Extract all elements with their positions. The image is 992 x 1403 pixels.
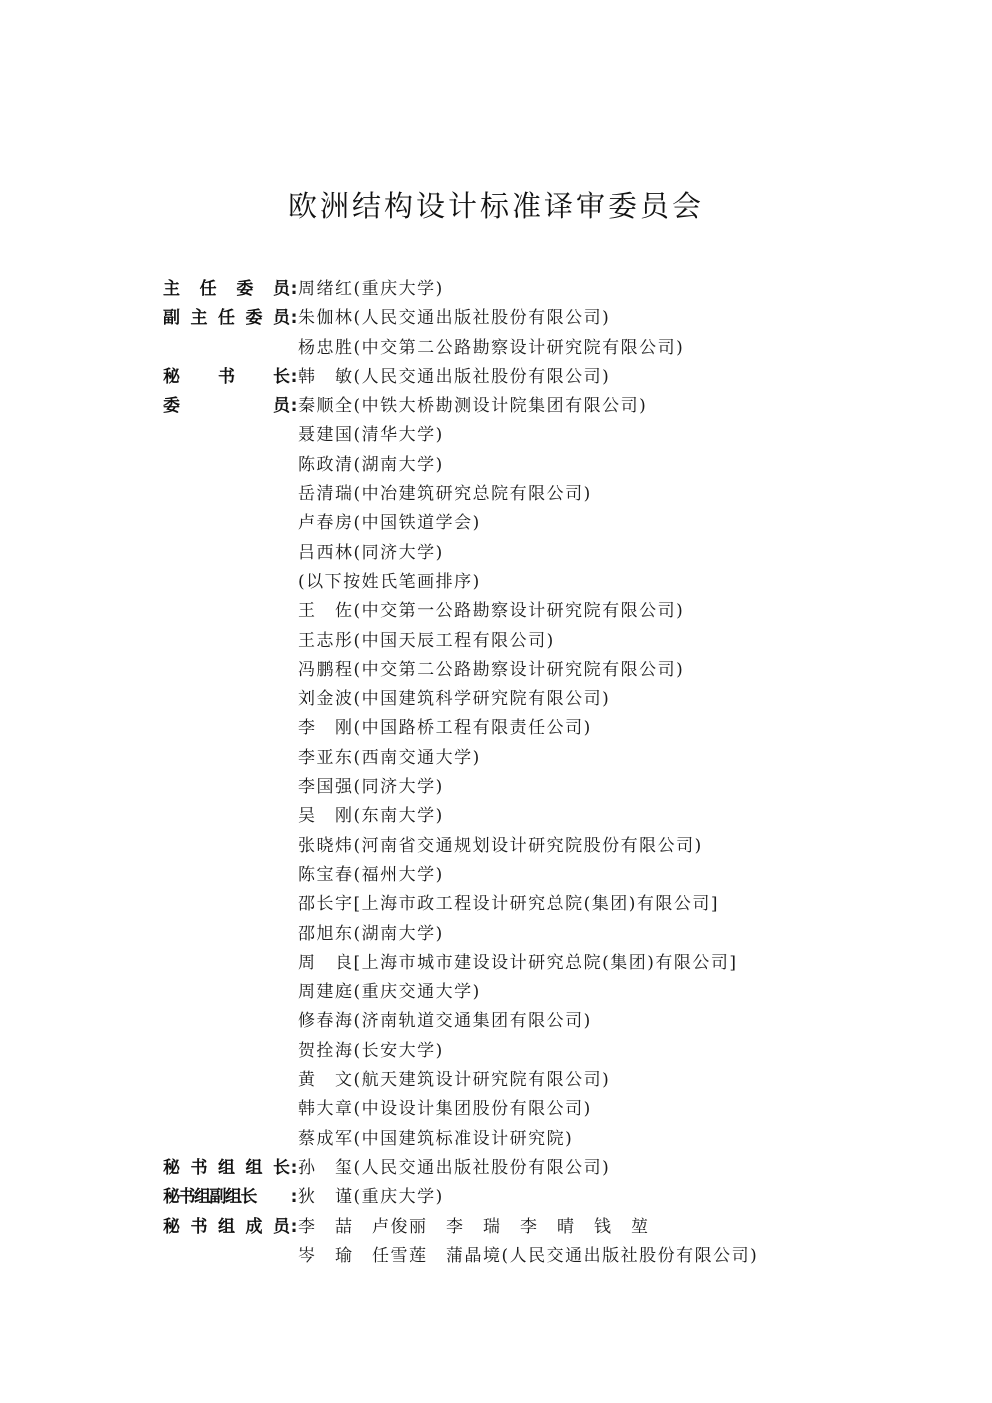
roster-role-row: 委员:秦顺全(中铁大桥勘测设计院集团有限公司) [163,394,863,423]
member-entry: 杨忠胜(中交第二公路勘察设计研究院有限公司) [298,336,684,360]
role-label-char: 任 [218,306,235,330]
member-entry: 李 喆 卢俊丽 李 瑞 李 晴 钱 堃 [298,1215,650,1239]
roster-role-row: 主任委员:周绪红(重庆大学) [163,277,863,306]
committee-roster: 主任委员:周绪红(重庆大学)副主任委员:朱伽林(人民交通出版社股份有限公司)杨忠… [163,277,863,1273]
roster-continuation-row: 岳清瑞(中冶建筑研究总院有限公司) [163,482,863,511]
label-colon: : [290,277,298,301]
member-entry: 吴 刚(东南大学) [298,804,444,828]
roster-continuation-row: 吴 刚(东南大学) [163,804,863,833]
roster-continuation-row: 卢春房(中国铁道学会) [163,511,863,540]
roster-continuation-row: 吕西林(同济大学) [163,541,863,570]
member-entry: 蔡成军(中国建筑标准设计研究院) [298,1127,573,1151]
label-colon: : [290,306,298,330]
roster-continuation-row: 张晓炜(河南省交通规划设计研究院股份有限公司) [163,834,863,863]
label-colon: : [290,1156,298,1180]
role-label-char: 秘 [163,365,180,389]
role-label-char: 委 [236,277,253,301]
role-label-char: 员 [273,306,290,330]
label-colon: : [290,1215,298,1239]
roster-continuation-row: 李亚东(西南交通大学) [163,746,863,775]
member-entry: 聂建国(清华大学) [298,423,444,447]
member-entry: 卢春房(中国铁道学会) [298,511,481,535]
member-entry: 秦顺全(中铁大桥勘测设计院集团有限公司) [298,394,647,418]
role-label-char: 秘 [163,1156,180,1180]
roster-continuation-row: 黄 文(航天建筑设计研究院有限公司) [163,1068,863,1097]
member-entry: 刘金波(中国建筑科学研究院有限公司) [298,687,610,711]
member-entry: 王 佐(中交第一公路勘察设计研究院有限公司) [298,599,684,623]
role-label-char: 书 [191,1156,208,1180]
member-entry: 韩大章(中设设计集团股份有限公司) [298,1097,592,1121]
roster-continuation-row: (以下按姓氏笔画排序) [163,570,863,599]
member-entry: 王志彤(中国天辰工程有限公司) [298,629,555,653]
roster-role-row: 副主任委员:朱伽林(人民交通出版社股份有限公司) [163,306,863,335]
member-entry: 周 良[上海市城市建设设计研究总院(集团)有限公司] [298,951,738,975]
role-label-char: 秘 [163,1215,180,1239]
role-label-char: 长 [273,1156,290,1180]
roster-continuation-row: 邵旭东(湖南大学) [163,922,863,951]
page-title: 欧洲结构设计标准译审委员会 [0,184,992,225]
roster-continuation-row: 修春海(济南轨道交通集团有限公司) [163,1009,863,1038]
role-label-char: 书 [191,1215,208,1239]
role-label-char: 长 [273,365,290,389]
roster-continuation-row: 聂建国(清华大学) [163,423,863,452]
role-label: 副主任委员 [163,306,290,330]
role-label-char: 书 [218,365,235,389]
member-entry: 周绪红(重庆大学) [298,277,444,301]
member-entry: 李国强(同济大学) [298,775,444,799]
member-entry: 岳清瑞(中冶建筑研究总院有限公司) [298,482,592,506]
member-entry: 孙 玺(人民交通出版社股份有限公司) [298,1156,610,1180]
member-entry: 吕西林(同济大学) [298,541,444,565]
roster-role-row: 秘书长:韩 敏(人民交通出版社股份有限公司) [163,365,863,394]
member-entry: 贺拴海(长安大学) [298,1039,444,1063]
member-entry: 李亚东(西南交通大学) [298,746,481,770]
roster-continuation-row: 蔡成军(中国建筑标准设计研究院) [163,1127,863,1156]
member-entry: 陈宝春(福州大学) [298,863,444,887]
roster-role-row: 秘书组副组长:狄 谨(重庆大学) [163,1185,863,1214]
role-label-char: 组 [246,1156,263,1180]
member-entry: 黄 文(航天建筑设计研究院有限公司) [298,1068,610,1092]
role-label-char: 主 [163,277,180,301]
role-label-char: 主 [191,306,208,330]
roster-continuation-row: 杨忠胜(中交第二公路勘察设计研究院有限公司) [163,336,863,365]
member-entry: 张晓炜(河南省交通规划设计研究院股份有限公司) [298,834,703,858]
role-label-char: 副 [163,306,180,330]
roster-continuation-row: 王 佐(中交第一公路勘察设计研究院有限公司) [163,599,863,628]
member-entry: 邵旭东(湖南大学) [298,922,444,946]
role-label-char: 委 [246,306,263,330]
roster-continuation-row: 韩大章(中设设计集团股份有限公司) [163,1097,863,1126]
roster-continuation-row: 贺拴海(长安大学) [163,1039,863,1068]
roster-continuation-row: 岑 瑜 任雪莲 蒲晶境(人民交通出版社股份有限公司) [163,1244,863,1273]
roster-continuation-row: 冯鹏程(中交第二公路勘察设计研究院有限公司) [163,658,863,687]
member-entry: 岑 瑜 任雪莲 蒲晶境(人民交通出版社股份有限公司) [298,1244,758,1268]
label-colon: : [290,394,298,418]
role-label-char: 任 [200,277,217,301]
role-label-char: 员 [273,277,290,301]
role-label: 秘书组组长 [163,1156,290,1180]
roster-continuation-row: 陈宝春(福州大学) [163,863,863,892]
role-label: 委员 [163,394,290,418]
roster-continuation-row: 李国强(同济大学) [163,775,863,804]
roster-continuation-row: 周 良[上海市城市建设设计研究总院(集团)有限公司] [163,951,863,980]
member-entry: 周建庭(重庆交通大学) [298,980,481,1004]
member-entry: 李 刚(中国路桥工程有限责任公司) [298,716,592,740]
member-entry: 狄 谨(重庆大学) [298,1185,444,1209]
roster-continuation-row: 邵长宇[上海市政工程设计研究总院(集团)有限公司] [163,892,863,921]
roster-role-row: 秘书组成员:李 喆 卢俊丽 李 瑞 李 晴 钱 堃 [163,1215,863,1244]
label-colon: : [290,365,298,389]
role-label-char: 成 [246,1215,263,1239]
member-entry: 陈政清(湖南大学) [298,453,444,477]
role-label: 秘书组成员 [163,1215,290,1239]
roster-continuation-row: 刘金波(中国建筑科学研究院有限公司) [163,687,863,716]
member-entry: 朱伽林(人民交通出版社股份有限公司) [298,306,610,330]
member-entry: 修春海(济南轨道交通集团有限公司) [298,1009,592,1033]
role-label-char: 组 [218,1215,235,1239]
role-label-char: 委 [163,394,180,418]
member-entry: 邵长宇[上海市政工程设计研究总院(集团)有限公司] [298,892,719,916]
role-label-char: 组 [218,1156,235,1180]
role-label-char: 员 [273,394,290,418]
roster-role-row: 秘书组组长:孙 玺(人民交通出版社股份有限公司) [163,1156,863,1185]
roster-continuation-row: 王志彤(中国天辰工程有限公司) [163,629,863,658]
member-entry: 冯鹏程(中交第二公路勘察设计研究院有限公司) [298,658,684,682]
member-entry: 韩 敏(人民交通出版社股份有限公司) [298,365,610,389]
role-label-char: 员 [273,1215,290,1239]
member-entry: (以下按姓氏笔画排序) [298,570,481,594]
roster-continuation-row: 周建庭(重庆交通大学) [163,980,863,1009]
role-label: 秘书组副组长 [163,1185,290,1209]
roster-continuation-row: 陈政清(湖南大学) [163,453,863,482]
label-colon: : [290,1185,298,1209]
role-label: 主任委员 [163,277,290,301]
role-label-char: 秘书组副组长 [163,1185,256,1209]
roster-continuation-row: 李 刚(中国路桥工程有限责任公司) [163,716,863,745]
role-label: 秘书长 [163,365,290,389]
